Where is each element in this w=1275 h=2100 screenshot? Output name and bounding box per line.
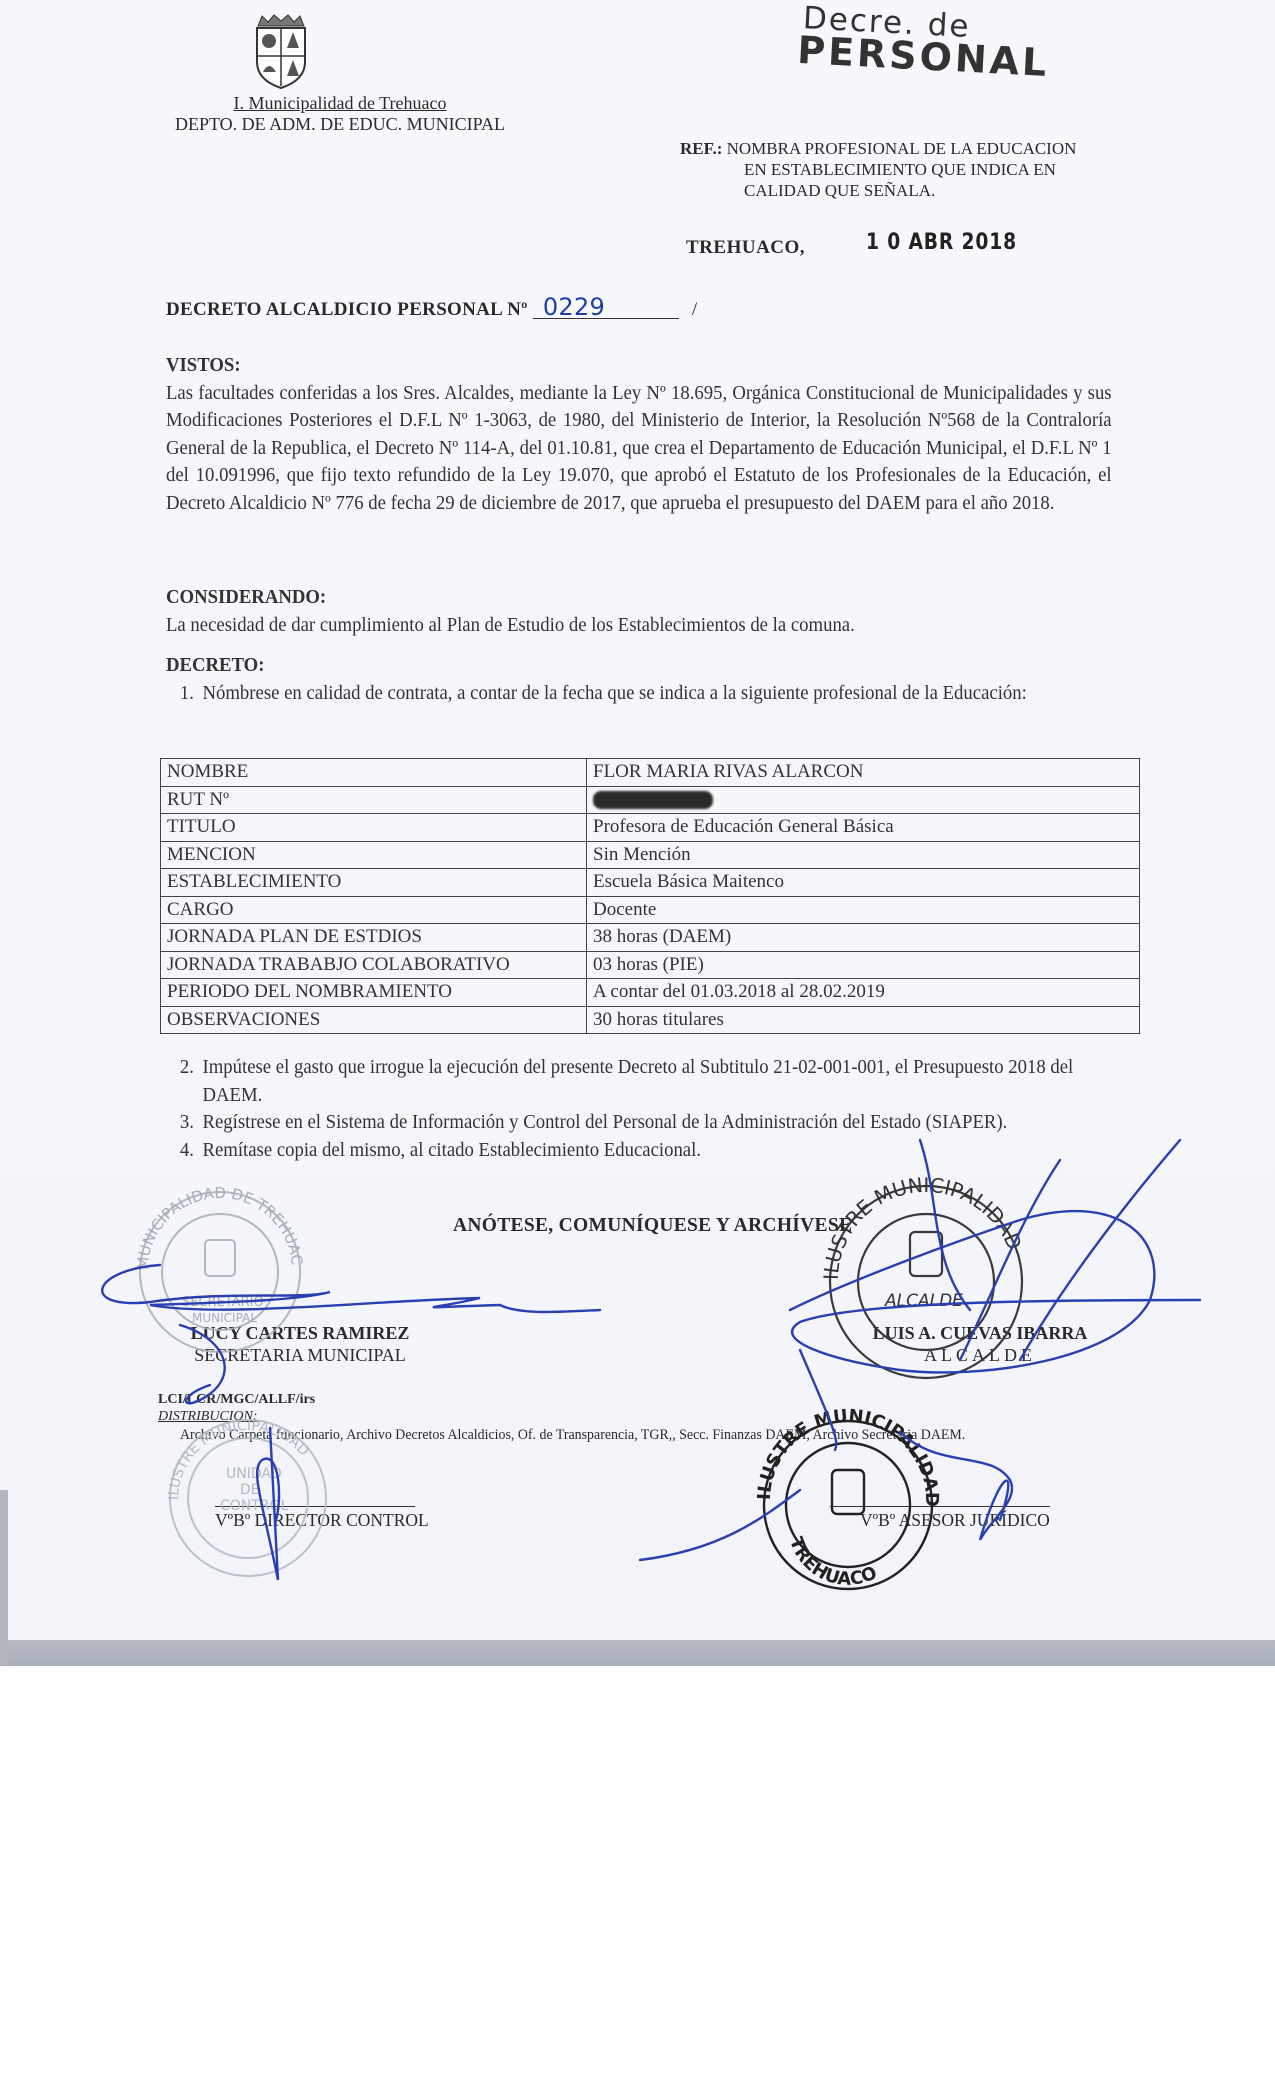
ref-line: CALIDAD QUE SEÑALA. <box>680 180 1076 201</box>
ref-label: REF.: <box>680 139 722 158</box>
mayor-name: LUIS A. CUEVAS IBARRA <box>850 1322 1110 1344</box>
decree-number-line: DECRETO ALCALDICIO PERSONAL Nº 0229 / <box>166 296 697 321</box>
decreto-item: Impútese el gasto que irrogue la ejecuci… <box>199 1054 1112 1109</box>
author-initials: LCI/LCR/MGC/ALLF/irs <box>158 1392 315 1408</box>
decree-type-stamp: Decre. de PERSONAL <box>796 0 1052 85</box>
decreto-item: Nómbrese en calidad de contrata, a conta… <box>199 680 1112 708</box>
municipality-header: I. Municipalidad de Trehuaco DEPTO. DE A… <box>150 93 530 135</box>
field-label: NOMBRE <box>161 759 587 787</box>
closing-phrase: ANÓTESE, COMUNÍQUESE Y ARCHÍVESE <box>453 1215 852 1237</box>
decree-slash: / <box>692 299 698 320</box>
field-value: Profesora de Educación General Básica <box>587 814 1140 842</box>
ref-line: EN ESTABLECIMIENTO QUE INDICA EN <box>680 159 1076 180</box>
decreto-items-continued: Impútese el gasto que irrogue la ejecuci… <box>166 1054 1112 1164</box>
field-label: RUT Nº <box>161 786 587 814</box>
secretary-name: LUCY CARTES RAMIREZ <box>150 1322 450 1344</box>
decreto-item: Regístrese en el Sistema de Información … <box>199 1109 1112 1137</box>
scan-shadow-left <box>0 1490 8 1665</box>
secretary-role: SECRETARIA MUNICIPAL <box>150 1344 450 1366</box>
table-row: RUT Nº <box>161 786 1140 814</box>
field-value: 30 horas titulares <box>587 1006 1140 1034</box>
place: TREHUACO, <box>686 237 805 259</box>
considerando-heading: CONSIDERANDO: <box>166 584 1112 612</box>
vb-juridico-label: VºBº ASESOR JURÍDICO <box>860 1510 1050 1530</box>
reference-block: REF.: NOMBRA PROFESIONAL DE LA EDUCACION… <box>680 138 1076 201</box>
field-label: CARGO <box>161 896 587 924</box>
decree-label: DECRETO ALCALDICIO PERSONAL Nº <box>166 299 528 320</box>
considerando-text: La necesidad de dar cumplimiento al Plan… <box>166 612 1112 640</box>
field-value: Docente <box>587 896 1140 924</box>
table-row: OBSERVACIONES30 horas titulares <box>161 1006 1140 1034</box>
ref-line: NOMBRA PROFESIONAL DE LA EDUCACION <box>727 139 1077 158</box>
field-value: FLOR MARIA RIVAS ALARCON <box>587 759 1140 787</box>
field-label: ESTABLECIMIENTO <box>161 869 587 897</box>
field-value <box>587 786 1140 814</box>
municipality-name: I. Municipalidad de Trehuaco <box>150 93 530 114</box>
decreto-item-list: Impútese el gasto que irrogue la ejecuci… <box>166 1054 1112 1164</box>
secretary-signature-block: LUCY CARTES RAMIREZ SECRETARIA MUNICIPAL <box>150 1322 450 1366</box>
field-label: OBSERVACIONES <box>161 1006 587 1034</box>
field-value: A contar del 01.03.2018 al 28.02.2019 <box>587 979 1140 1007</box>
table-row: JORNADA PLAN DE ESTDIOS38 horas (DAEM) <box>161 924 1140 952</box>
department-name: DEPTO. DE ADM. DE EDUC. MUNICIPAL <box>150 114 530 135</box>
table-row: ESTABLECIMIENTOEscuela Básica Maitenco <box>161 869 1140 897</box>
table-row: PERIODO DEL NOMBRAMIENTOA contar del 01.… <box>161 979 1140 1007</box>
field-label: MENCION <box>161 841 587 869</box>
table-row: TITULOProfesora de Educación General Bás… <box>161 814 1140 842</box>
considerando-section: CONSIDERANDO: La necesidad de dar cumpli… <box>166 584 1112 639</box>
field-label: JORNADA PLAN DE ESTDIOS <box>161 924 587 952</box>
field-value: Escuela Básica Maitenco <box>587 869 1140 897</box>
appointment-table: NOMBREFLOR MARIA RIVAS ALARCONRUT NºTITU… <box>160 758 1140 1034</box>
scan-shadow <box>0 1640 1275 1666</box>
distribution-list: Archivo Carpeta funcionario, Archivo Dec… <box>180 1427 965 1444</box>
field-label: JORNADA TRABABJO COLABORATIVO <box>161 951 587 979</box>
decreto-item-list: Nómbrese en calidad de contrata, a conta… <box>166 680 1112 708</box>
table-row: NOMBREFLOR MARIA RIVAS ALARCON <box>161 759 1140 787</box>
mayor-role: ALCALDE <box>850 1344 1110 1366</box>
table-row: MENCIONSin Mención <box>161 841 1140 869</box>
mayor-signature-block: LUIS A. CUEVAS IBARRA ALCALDE <box>850 1322 1110 1366</box>
signature-line <box>830 1506 1050 1507</box>
decreto-item: Remítase copia del mismo, al citado Esta… <box>199 1137 1112 1165</box>
field-value: 03 horas (PIE) <box>587 951 1140 979</box>
decreto-heading: DECRETO: <box>166 652 1112 680</box>
vistos-section: VISTOS: Las facultades conferidas a los … <box>166 352 1112 517</box>
vb-director-control: VºBº DIRECTOR CONTROL <box>215 1510 429 1531</box>
field-value: 38 horas (DAEM) <box>587 924 1140 952</box>
vb-control-label: VºBº DIRECTOR CONTROL <box>215 1510 429 1530</box>
table-row: CARGODocente <box>161 896 1140 924</box>
field-label: TITULO <box>161 814 587 842</box>
vistos-heading: VISTOS: <box>166 352 1112 380</box>
field-value: Sin Mención <box>587 841 1140 869</box>
table-row: JORNADA TRABABJO COLABORATIVO03 horas (P… <box>161 951 1140 979</box>
date-stamp: 1 0 ABR 2018 <box>866 230 1017 255</box>
signature-line <box>215 1506 415 1507</box>
redaction-mark <box>593 791 713 809</box>
vistos-text: Las facultades conferidas a los Sres. Al… <box>166 380 1112 518</box>
municipal-crest-icon <box>252 14 310 90</box>
distribution-heading: DISTRIBUCION: <box>158 1409 258 1425</box>
decree-number: 0229 <box>533 296 679 319</box>
field-label: PERIODO DEL NOMBRAMIENTO <box>161 979 587 1007</box>
decreto-section: DECRETO: Nómbrese en calidad de contrata… <box>166 652 1112 707</box>
vb-asesor-juridico: VºBº ASESOR JURÍDICO <box>860 1510 1050 1531</box>
